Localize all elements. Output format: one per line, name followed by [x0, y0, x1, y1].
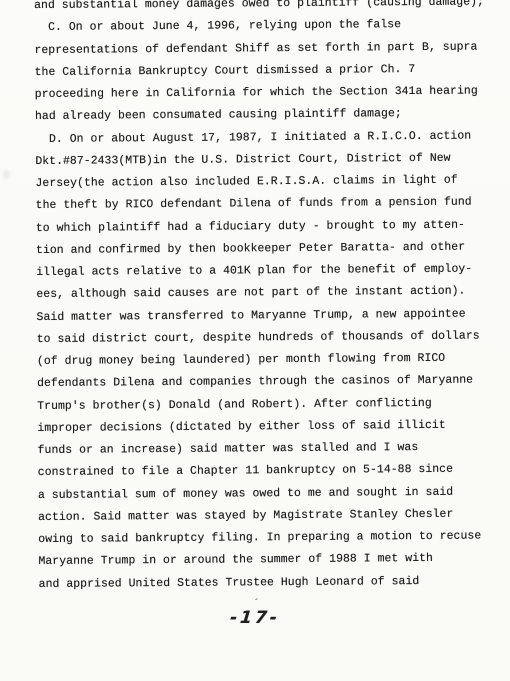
scan-smudge	[3, 170, 10, 179]
text-line: D. On or about August 17, 1987, I initia…	[35, 125, 485, 151]
document-body: and substantial money damages owed to pl…	[34, 0, 489, 596]
text-line: improper decisions (dictated by either l…	[37, 414, 487, 440]
text-line: proceeding here in California for which …	[35, 80, 485, 106]
text-line: constrained to file a Chapter 11 bankrup…	[38, 459, 488, 485]
text-line: the theft by RICO defendant Dilena of fu…	[36, 192, 486, 218]
text-line: and apprised United States Trustee Hugh …	[39, 570, 489, 596]
text-line: representations of defendant Shiff as se…	[34, 36, 484, 62]
text-line: defendants Dilena and companies through …	[37, 370, 487, 396]
text-line: a substantial sum of money was owed to m…	[38, 481, 488, 507]
scanned-document-page: and substantial money damages owed to pl…	[0, 0, 510, 681]
text-line: ees, although said causes are not part o…	[36, 281, 486, 307]
text-line: Said matter was transferred to Maryanne …	[36, 303, 486, 329]
text-line: to which plaintiff had a fiduciary duty …	[36, 214, 486, 240]
page-number: -17-	[0, 608, 510, 628]
text-line: Trump's brother(s) Donald (and Robert). …	[37, 392, 487, 418]
text-line: Maryanne Trump in or around the summer o…	[38, 548, 488, 574]
